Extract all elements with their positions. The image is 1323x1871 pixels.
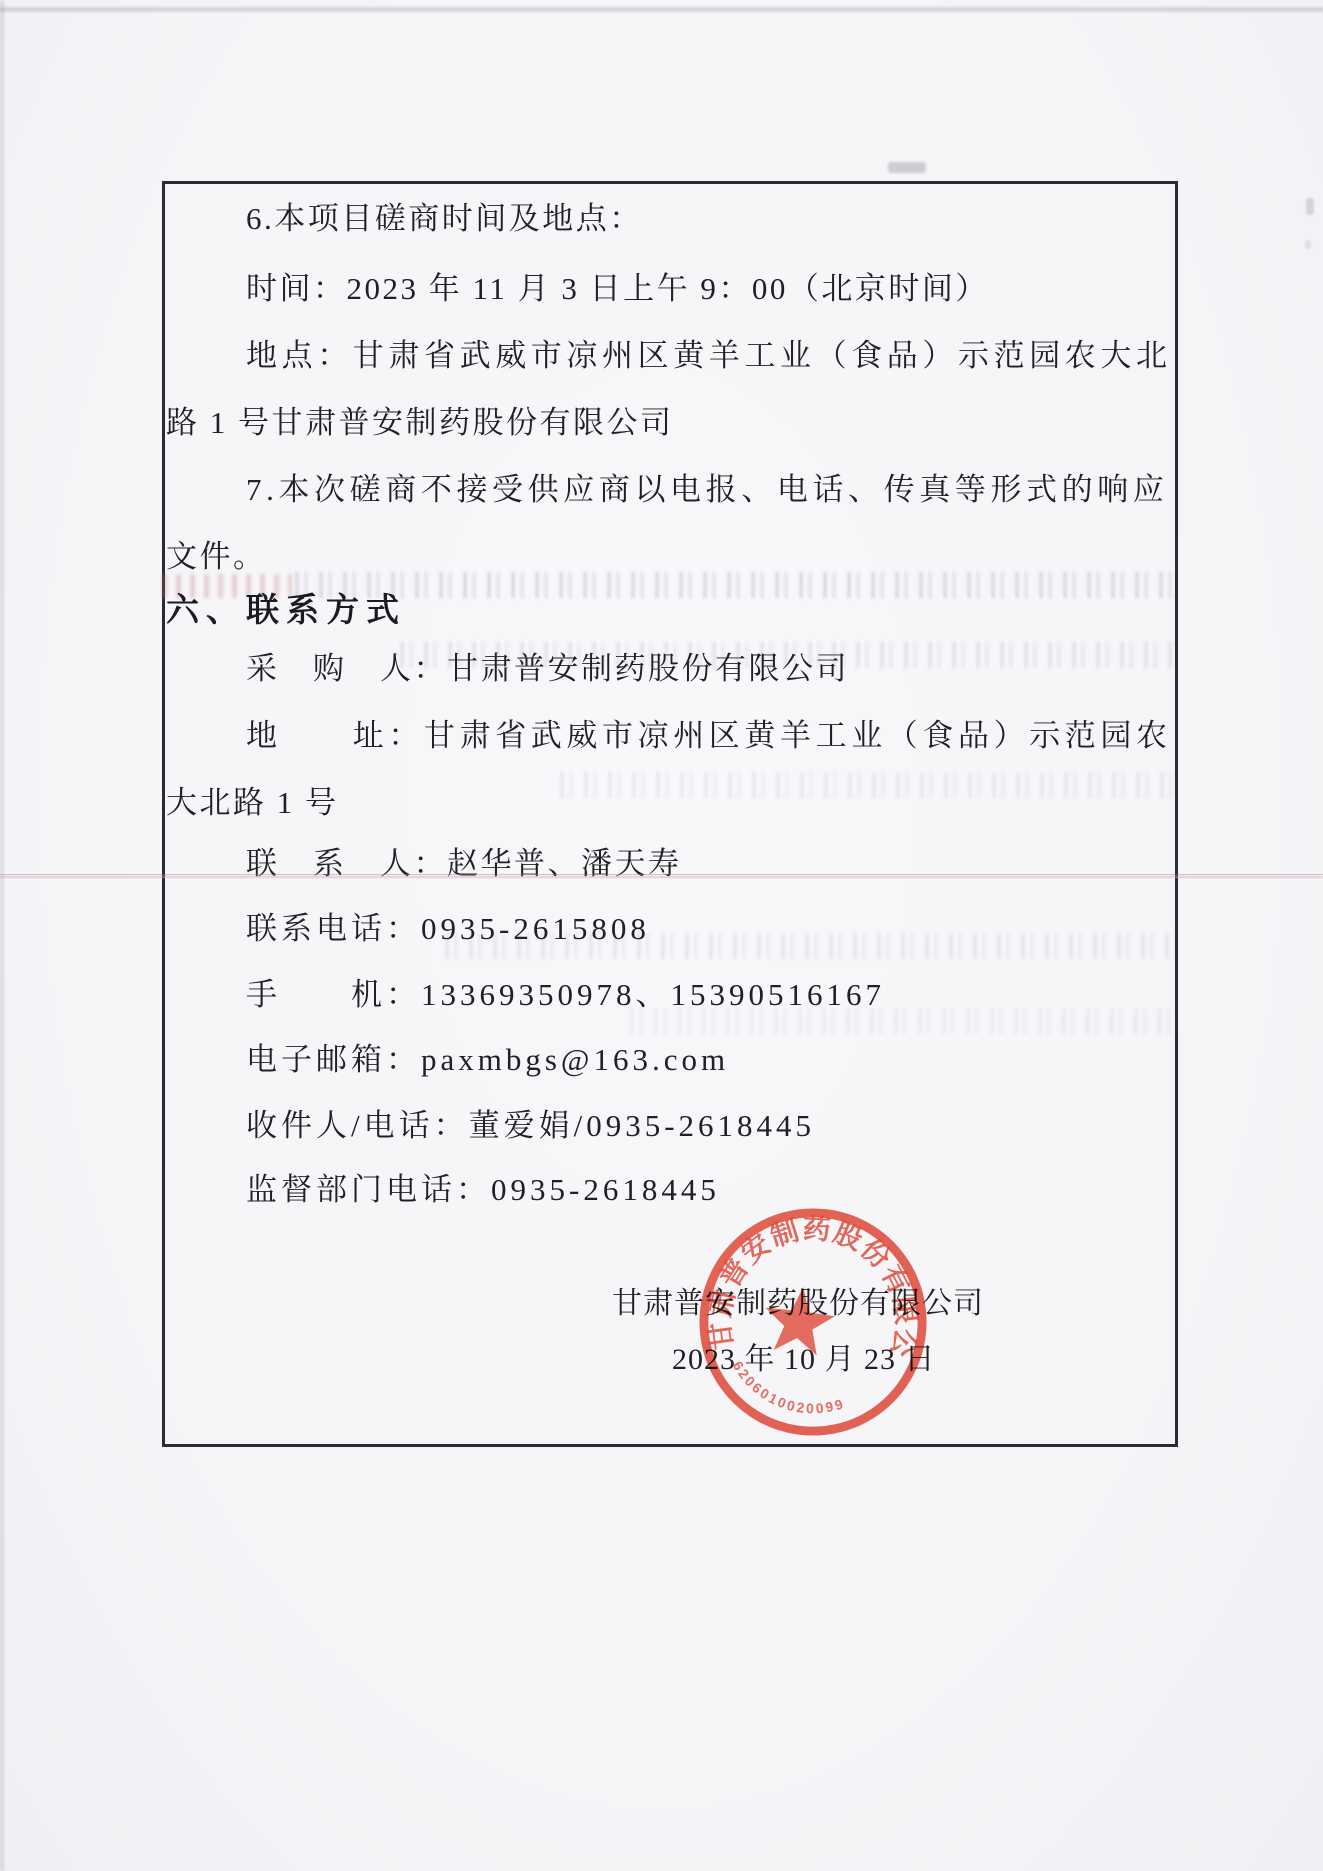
line-phone: 联系电话：0935-2615808 [246, 910, 650, 947]
line-address-2: 大北路 1 号 [166, 784, 339, 821]
paper-top-edge-shadow [0, 7, 1323, 12]
star-icon [761, 1283, 838, 1357]
line-item-6-title: 6.本项目磋商时间及地点： [246, 200, 643, 237]
paper-left-edge-shadow [0, 0, 4, 1871]
line-address-1: 地 址：甘肃省武威市凉州区黄羊工业（食品）示范园农 [246, 717, 1172, 754]
line-mobile: 手 机：13369350978、15390516167 [246, 976, 885, 1013]
company-seal-stamp: 甘肃普安制药股份有限公司 6206010020099 [680, 1189, 945, 1454]
scan-smudge [1305, 240, 1311, 249]
line-location-2: 路 1 号甘肃普安制药股份有限公司 [166, 404, 674, 441]
scan-smudge [1306, 198, 1314, 215]
scanned-document-page: 6.本项目磋商时间及地点： 时间：2023 年 11 月 3 日上午 9：00（… [0, 0, 1323, 1871]
line-purchaser: 采 购 人：甘肃普安制药股份有限公司 [246, 650, 849, 687]
line-recipient: 收件人/电话：董爱娟/0935-2618445 [246, 1107, 815, 1144]
section-heading-contact: 六、联系方式 [166, 590, 406, 630]
line-location-1: 地点：甘肃省武威市凉州区黄羊工业（食品）示范园农大北 [246, 337, 1172, 374]
line-item-7-1: 7.本次磋商不接受供应商以电报、电话、传真等形式的响应 [246, 471, 1168, 508]
scan-fold-line-pink [0, 876, 1323, 878]
scan-smudge [888, 162, 926, 173]
line-supervision-phone: 监督部门电话：0935-2618445 [246, 1171, 720, 1208]
line-time: 时间：2023 年 11 月 3 日上午 9：00（北京时间） [246, 270, 989, 307]
line-email: 电子邮箱：paxmbgs@163.com [246, 1041, 729, 1078]
bleed-through-artifact [560, 772, 1175, 798]
bleed-through-artifact [295, 572, 1175, 598]
scan-fold-line [0, 874, 1323, 875]
line-item-7-2: 文件。 [166, 538, 267, 575]
